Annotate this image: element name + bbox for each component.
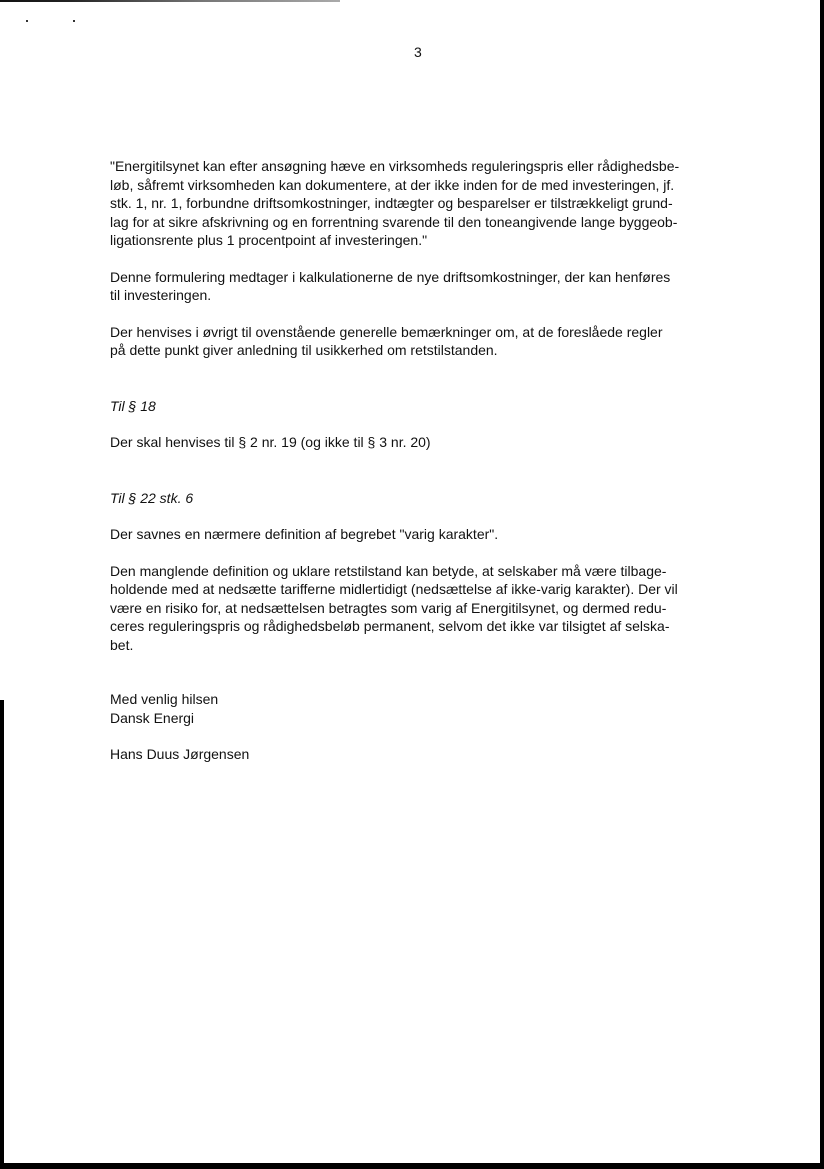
- text-line: "Energitilsynet kan efter ansøgning hæve…: [110, 157, 750, 176]
- scan-edge-left: [0, 700, 4, 1169]
- page-number: 3: [414, 44, 422, 60]
- section-heading-18: Til § 18: [110, 397, 750, 416]
- section-22-text: Der savnes en nærmere definition af begr…: [110, 525, 750, 544]
- scan-edge-top: [0, 0, 340, 2]
- signer-name: Hans Duus Jørgensen: [110, 745, 750, 764]
- text-line: løb, såfremt virksomheden kan dokumenter…: [110, 176, 750, 195]
- scan-speck: [73, 20, 75, 22]
- text-line: ceres reguleringspris og rådighedsbeløb …: [110, 617, 750, 636]
- text-line: til investeringen.: [110, 286, 750, 305]
- text-line: Den manglende definition og uklare retst…: [110, 562, 750, 581]
- section-22-detail: Den manglende definition og uklare retst…: [110, 562, 750, 655]
- text-line: være en risiko for, at nedsættelsen betr…: [110, 599, 750, 618]
- text-line: lag for at sikre afskrivning og en forre…: [110, 213, 750, 232]
- text-line: bet.: [110, 636, 750, 655]
- text-line: Der henvises i øvrigt til ovenstående ge…: [110, 323, 750, 342]
- letter-body: "Energitilsynet kan efter ansøgning hæve…: [110, 157, 750, 764]
- section-heading-22: Til § 22 stk. 6: [110, 489, 750, 508]
- text-line: Denne formulering medtager i kalkulation…: [110, 268, 750, 287]
- text-line: ligationsrente plus 1 procentpoint af in…: [110, 231, 750, 250]
- organization: Dansk Energi: [110, 709, 750, 728]
- text-line: stk. 1, nr. 1, forbundne driftsomkostnin…: [110, 194, 750, 213]
- salutation: Med venlig hilsen: [110, 690, 750, 709]
- scan-edge-bottom: [0, 1163, 824, 1169]
- scan-edge-right: [820, 0, 824, 1169]
- quoted-provision: "Energitilsynet kan efter ansøgning hæve…: [110, 157, 750, 250]
- section-18-text: Der skal henvises til § 2 nr. 19 (og ikk…: [110, 433, 750, 452]
- paragraph-formulation: Denne formulering medtager i kalkulation…: [110, 268, 750, 305]
- text-line: holdende med at nedsætte tarifferne midl…: [110, 580, 750, 599]
- scan-speck: [26, 20, 28, 22]
- paragraph-reference: Der henvises i øvrigt til ovenstående ge…: [110, 323, 750, 360]
- text-line: på dette punkt giver anledning til usikk…: [110, 341, 750, 360]
